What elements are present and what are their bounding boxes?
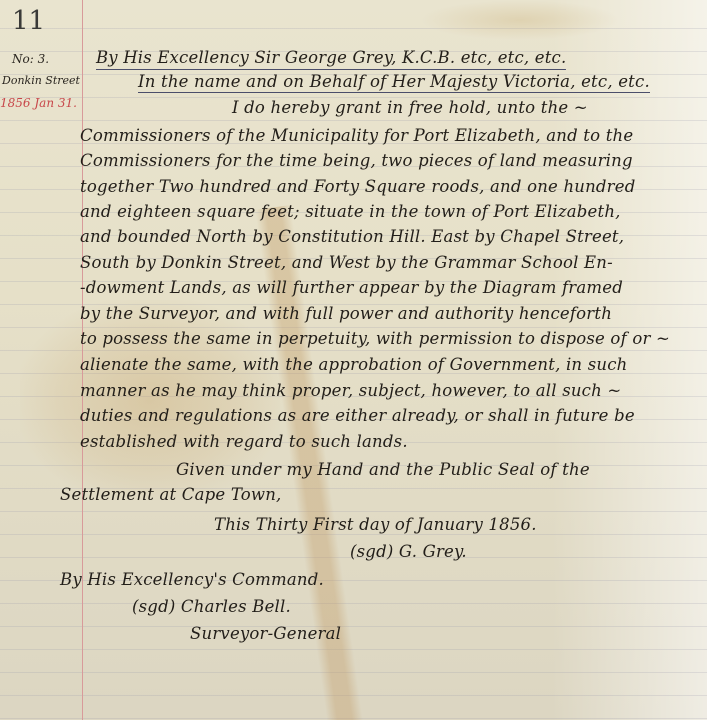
- body-line: together Two hundred and Forty Square ro…: [80, 177, 636, 196]
- body-line: to possess the same in perpetuity, with …: [80, 329, 670, 348]
- body-line: Commissioners of the Municipality for Po…: [80, 126, 633, 145]
- body-line: established with regard to such lands.: [80, 432, 408, 451]
- body-line: duties and regulations as are either alr…: [80, 406, 635, 425]
- secretary-title: Surveyor-General: [190, 624, 341, 643]
- body-line: by the Surveyor, and with full power and…: [80, 304, 612, 323]
- given-line: Given under my Hand and the Public Seal …: [176, 460, 590, 479]
- document-subheading: In the name and on Behalf of Her Majesty…: [138, 72, 650, 91]
- body-line: South by Donkin Street, and West by the …: [80, 253, 613, 272]
- body-line: -dowment Lands, as will further appear b…: [80, 278, 623, 297]
- paper-stain: [420, 0, 620, 40]
- body-line: I do hereby grant in free hold, unto the…: [232, 98, 588, 117]
- body-line: Commissioners for the time being, two pi…: [80, 151, 633, 170]
- document-heading: By His Excellency Sir George Grey, K.C.B…: [96, 48, 566, 68]
- page-number: 11: [12, 6, 45, 36]
- date-line: This Thirty First day of January 1856.: [214, 515, 537, 534]
- body-line: and bounded North by Constitution Hill. …: [80, 227, 624, 246]
- body-line: and eighteen square feet; situate in the…: [80, 202, 621, 221]
- margin-entry-number: No: 3.: [12, 52, 49, 66]
- margin-date: 1856 Jan 31.: [0, 96, 77, 110]
- secretary-signature: (sgd) Charles Bell.: [132, 597, 291, 616]
- body-line: manner as he may think proper, subject, …: [80, 381, 621, 400]
- governor-signature: (sgd) G. Grey.: [350, 542, 467, 561]
- ledger-page: 11 No: 3. Donkin Street 1856 Jan 31. By …: [0, 0, 707, 720]
- command-line: By His Excellency's Command.: [60, 570, 324, 589]
- margin-street: Donkin Street: [2, 74, 80, 87]
- given-line: Settlement at Cape Town,: [60, 485, 281, 504]
- body-line: alienate the same, with the approbation …: [80, 355, 627, 374]
